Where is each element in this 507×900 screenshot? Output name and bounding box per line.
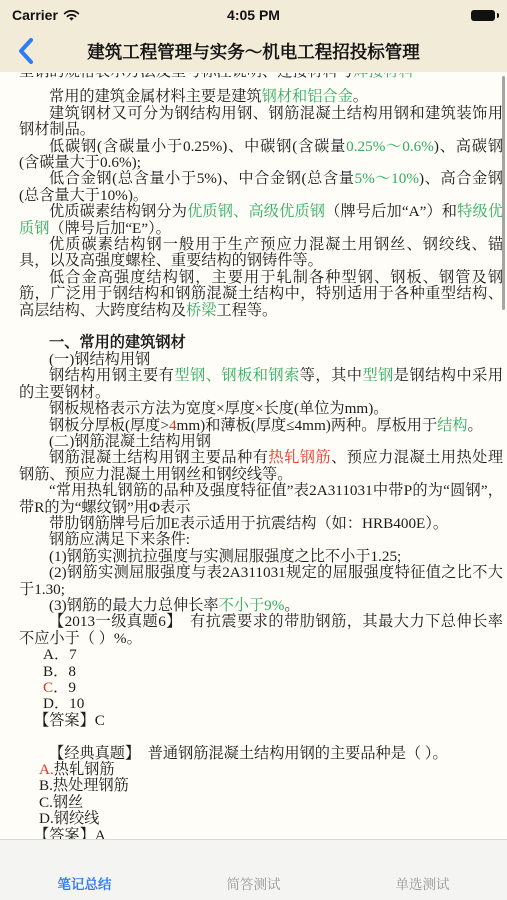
highlight-green: 钢材和铝合金 [262,88,353,105]
paragraph: (1)钢筋实测抗拉强度与实测屈服强度之比不小于1.25; [19,549,503,565]
section-heading: 一、常用的建筑钢材 [19,335,503,351]
clock-label: 4:05 PM [162,7,345,23]
highlight-green: 优质钢、高级优质钢 [187,203,325,220]
paragraph: 低合金高强度结构钢，主要用于轧制各种型钢、钢板、钢管及钢筋，广泛用于钢结构和钢筋… [19,270,503,319]
text-segment: 钢板分厚板(厚度> [49,417,169,434]
highlight-red: 4 [169,417,177,434]
text-segment: （牌号后加“E”）。 [49,220,170,237]
text-segment: 【答案】C [34,712,105,729]
text-segment: (1)钢筋实测抗拉强度与实测屈服强度之比不小于1.25; [49,548,401,565]
back-button[interactable] [8,32,42,70]
page-title: 建筑工程管理与实务～机电工程招投标管理 [0,39,507,64]
highlight-green: 型钢、钢板和钢索 [174,367,299,384]
text-segment: 。 [353,88,368,105]
text-segment: B．8 [43,663,76,680]
text-segment: 【2013一级真题6】 有抗震要求的带肋钢筋，其最大力下总伸长率不应小于（ ）%… [19,613,503,646]
highlight-red: A. [39,761,54,778]
text-segment: D.钢绞线 [39,810,99,827]
carrier-label: Carrier [12,7,58,23]
paragraph: D．10 [43,696,503,712]
text-segment: (一)钢结构用钢 [49,351,150,368]
text-segment: （牌号后加“A”）和 [325,203,457,220]
text-segment: (3)钢筋的最大力总伸长率 [49,597,219,614]
paragraph: 【答案】C [34,713,503,729]
highlight-green: 5%～10% [355,170,419,187]
text-segment: 。 [284,597,299,614]
text-segment: 常用的建筑金属材料主要是建筑 [49,88,262,105]
text-segment: A．7 [43,646,77,663]
paragraph: (二)钢筋混凝土结构用钢 [19,434,503,450]
text-segment: 低合金钢(总含量小于5%)、中合金钢(总含量 [49,170,355,187]
highlight-red: C [43,679,53,696]
text-segment: 优质碳素结构钢一般用于生产预应力混凝土用钢丝、钢绞线、锚具，以及高强度螺栓、重要… [19,236,503,269]
paragraph: A．7 [43,647,503,663]
spacer [19,319,503,335]
navigation-bar: 建筑工程管理与实务～机电工程招投标管理 [0,30,507,72]
highlight-green: 型钢 [362,367,393,384]
text-segment: D．10 [43,695,84,712]
text-segment: (二)钢筋混凝土结构用钢 [49,433,211,450]
text-segment: (2)钢筋实测屈服强度与表2A311031规定的屈服强度特征值之比不大于1.30… [19,564,503,597]
highlight-green: 桥梁 [186,302,216,319]
highlight-green: 结构 [437,417,467,434]
paragraph: A.热轧钢筋 [39,762,503,778]
notes-body: 型钢的规格表示方法及型号标注说明、连接材料与焊接材料常用的建筑金属材料主要是建筑… [0,72,507,840]
paragraph: 【2013一级真题6】 有抗震要求的带肋钢筋，其最大力下总伸长率不应小于（ ）%… [19,614,503,647]
text-segment: 【答案】A [34,827,106,840]
text-segment: 工程等。 [216,302,277,319]
notes-scroll-area[interactable]: 型钢的规格表示方法及型号标注说明、连接材料与焊接材料常用的建筑金属材料主要是建筑… [0,72,507,840]
paragraph: (2)钢筋实测屈服强度与表2A311031规定的屈服强度特征值之比不大于1.30… [19,565,503,598]
text-segment: 带肋钢筋牌号后加E表示适用于抗震结构（如：HRB400E）。 [49,515,448,532]
text-segment: C.钢丝 [39,794,83,811]
highlight-green: 0.25%～0.6% [346,138,434,155]
scrollbar[interactable] [502,76,505,310]
text-segment: 【经典真题】 普通钢筋混凝土结构用钢的主要品种是（ ）。 [49,745,448,762]
paragraph: C．9 [43,680,503,696]
tab-single-choice-test[interactable]: 单选测试 [338,873,507,900]
highlight-green: 不小于9% [219,597,285,614]
clipped-line: 型钢的规格表示方法及型号标注说明、连接材料与焊接材料 [19,73,503,89]
tab-bar: 笔记总结 简答测试 单选测试 [0,839,507,900]
paragraph: “常用热轧钢筋的品种及强度特征值”表2A311031中带P的为“圆钢”，带R的为… [19,483,503,516]
text-segment: 。 [468,417,483,434]
text-segment: 低碳钢(含碳量小于0.25%)、中碳钢(含碳量 [49,138,346,155]
highlight-red: 热轧钢筋 [268,449,331,466]
text-segment: 等，其中 [300,367,363,384]
text-segment: 钢筋混凝土结构用钢主要品种有 [49,449,268,466]
paragraph: 建筑钢材又可分为钢结构用钢、钢筋混凝土结构用钢和建筑装饰用钢材制品。 [19,106,503,139]
paragraph: B.热处理钢筋 [39,778,503,794]
paragraph: (一)钢结构用钢 [19,352,503,368]
status-bar: Carrier 4:05 PM [0,0,507,30]
text-segment: mm)和薄板(厚度≤4mm)两种。厚板用于 [177,417,438,434]
text-segment: 钢筋应满足下来条件: [49,531,190,548]
paragraph: 钢筋混凝土结构用钢主要品种有热轧钢筋、预应力混凝土用热处理钢筋、预应力混凝土用钢… [19,450,503,483]
paragraph: C.钢丝 [39,795,503,811]
paragraph: 钢筋应满足下来条件: [19,532,503,548]
battery-icon [471,10,495,21]
highlight-green: 焊接材料 [353,73,414,80]
tab-short-answer-test[interactable]: 简答测试 [169,873,338,900]
text-segment: “常用热轧钢筋的品种及强度特征值”表2A311031中带P的为“圆钢”，带R的为… [19,482,503,515]
wifi-icon [63,9,80,22]
text-segment: 优质碳素结构钢分为 [49,203,187,220]
paragraph: B．8 [43,664,503,680]
paragraph: 钢结构用钢主要有型钢、钢板和钢索等，其中型钢是钢结构中采用的主要钢材。 [19,368,503,401]
status-left: Carrier [0,7,162,23]
app-screen: Carrier 4:05 PM 建筑工程管理与实务～机电工程招投标管理 型钢的规… [0,0,507,900]
status-right [345,10,507,21]
text-segment: 钢结构用钢主要有 [49,367,174,384]
paragraph: 优质碳素结构钢一般用于生产预应力混凝土用钢丝、钢绞线、锚具，以及高强度螺栓、重要… [19,237,503,270]
paragraph: 常用的建筑金属材料主要是建筑钢材和铝合金。 [19,89,503,105]
paragraph: 钢板规格表示方法为宽度×厚度×长度(单位为mm)。 [19,401,503,417]
chevron-left-icon [18,38,33,64]
text-segment: 热轧钢筋 [54,761,115,778]
spacer [19,729,503,745]
paragraph: 低碳钢(含碳量小于0.25%)、中碳钢(含碳量0.25%～0.6%)、高碳钢(含… [19,139,503,172]
paragraph: (3)钢筋的最大力总伸长率不小于9%。 [19,598,503,614]
tab-notes-summary[interactable]: 笔记总结 [0,873,169,900]
paragraph: D.钢绞线 [39,811,503,827]
paragraph: 低合金钢(总含量小于5%)、中合金钢(总含量5%～10%)、高合金钢(总含量大于… [19,171,503,204]
text-segment: ．9 [53,679,76,696]
paragraph: 钢板分厚板(厚度>4mm)和薄板(厚度≤4mm)两种。厚板用于结构。 [19,418,503,434]
text-segment: 一、常用的建筑钢材 [49,334,186,351]
paragraph: 【经典真题】 普通钢筋混凝土结构用钢的主要品种是（ ）。 [19,746,503,762]
text-segment: 钢板规格表示方法为宽度×厚度×长度(单位为mm)。 [49,400,388,417]
text-segment: 建筑钢材又可分为钢结构用钢、钢筋混凝土结构用钢和建筑装饰用钢材制品。 [19,105,503,138]
text-segment: 型钢的规格表示方法及型号标注说明、连接材料与 [19,73,353,80]
paragraph: 优质碳素结构钢分为优质钢、高级优质钢（牌号后加“A”）和特级优质钢（牌号后加“E… [19,204,503,237]
paragraph: 带肋钢筋牌号后加E表示适用于抗震结构（如：HRB400E）。 [19,516,503,532]
text-segment: B.热处理钢筋 [39,777,129,794]
